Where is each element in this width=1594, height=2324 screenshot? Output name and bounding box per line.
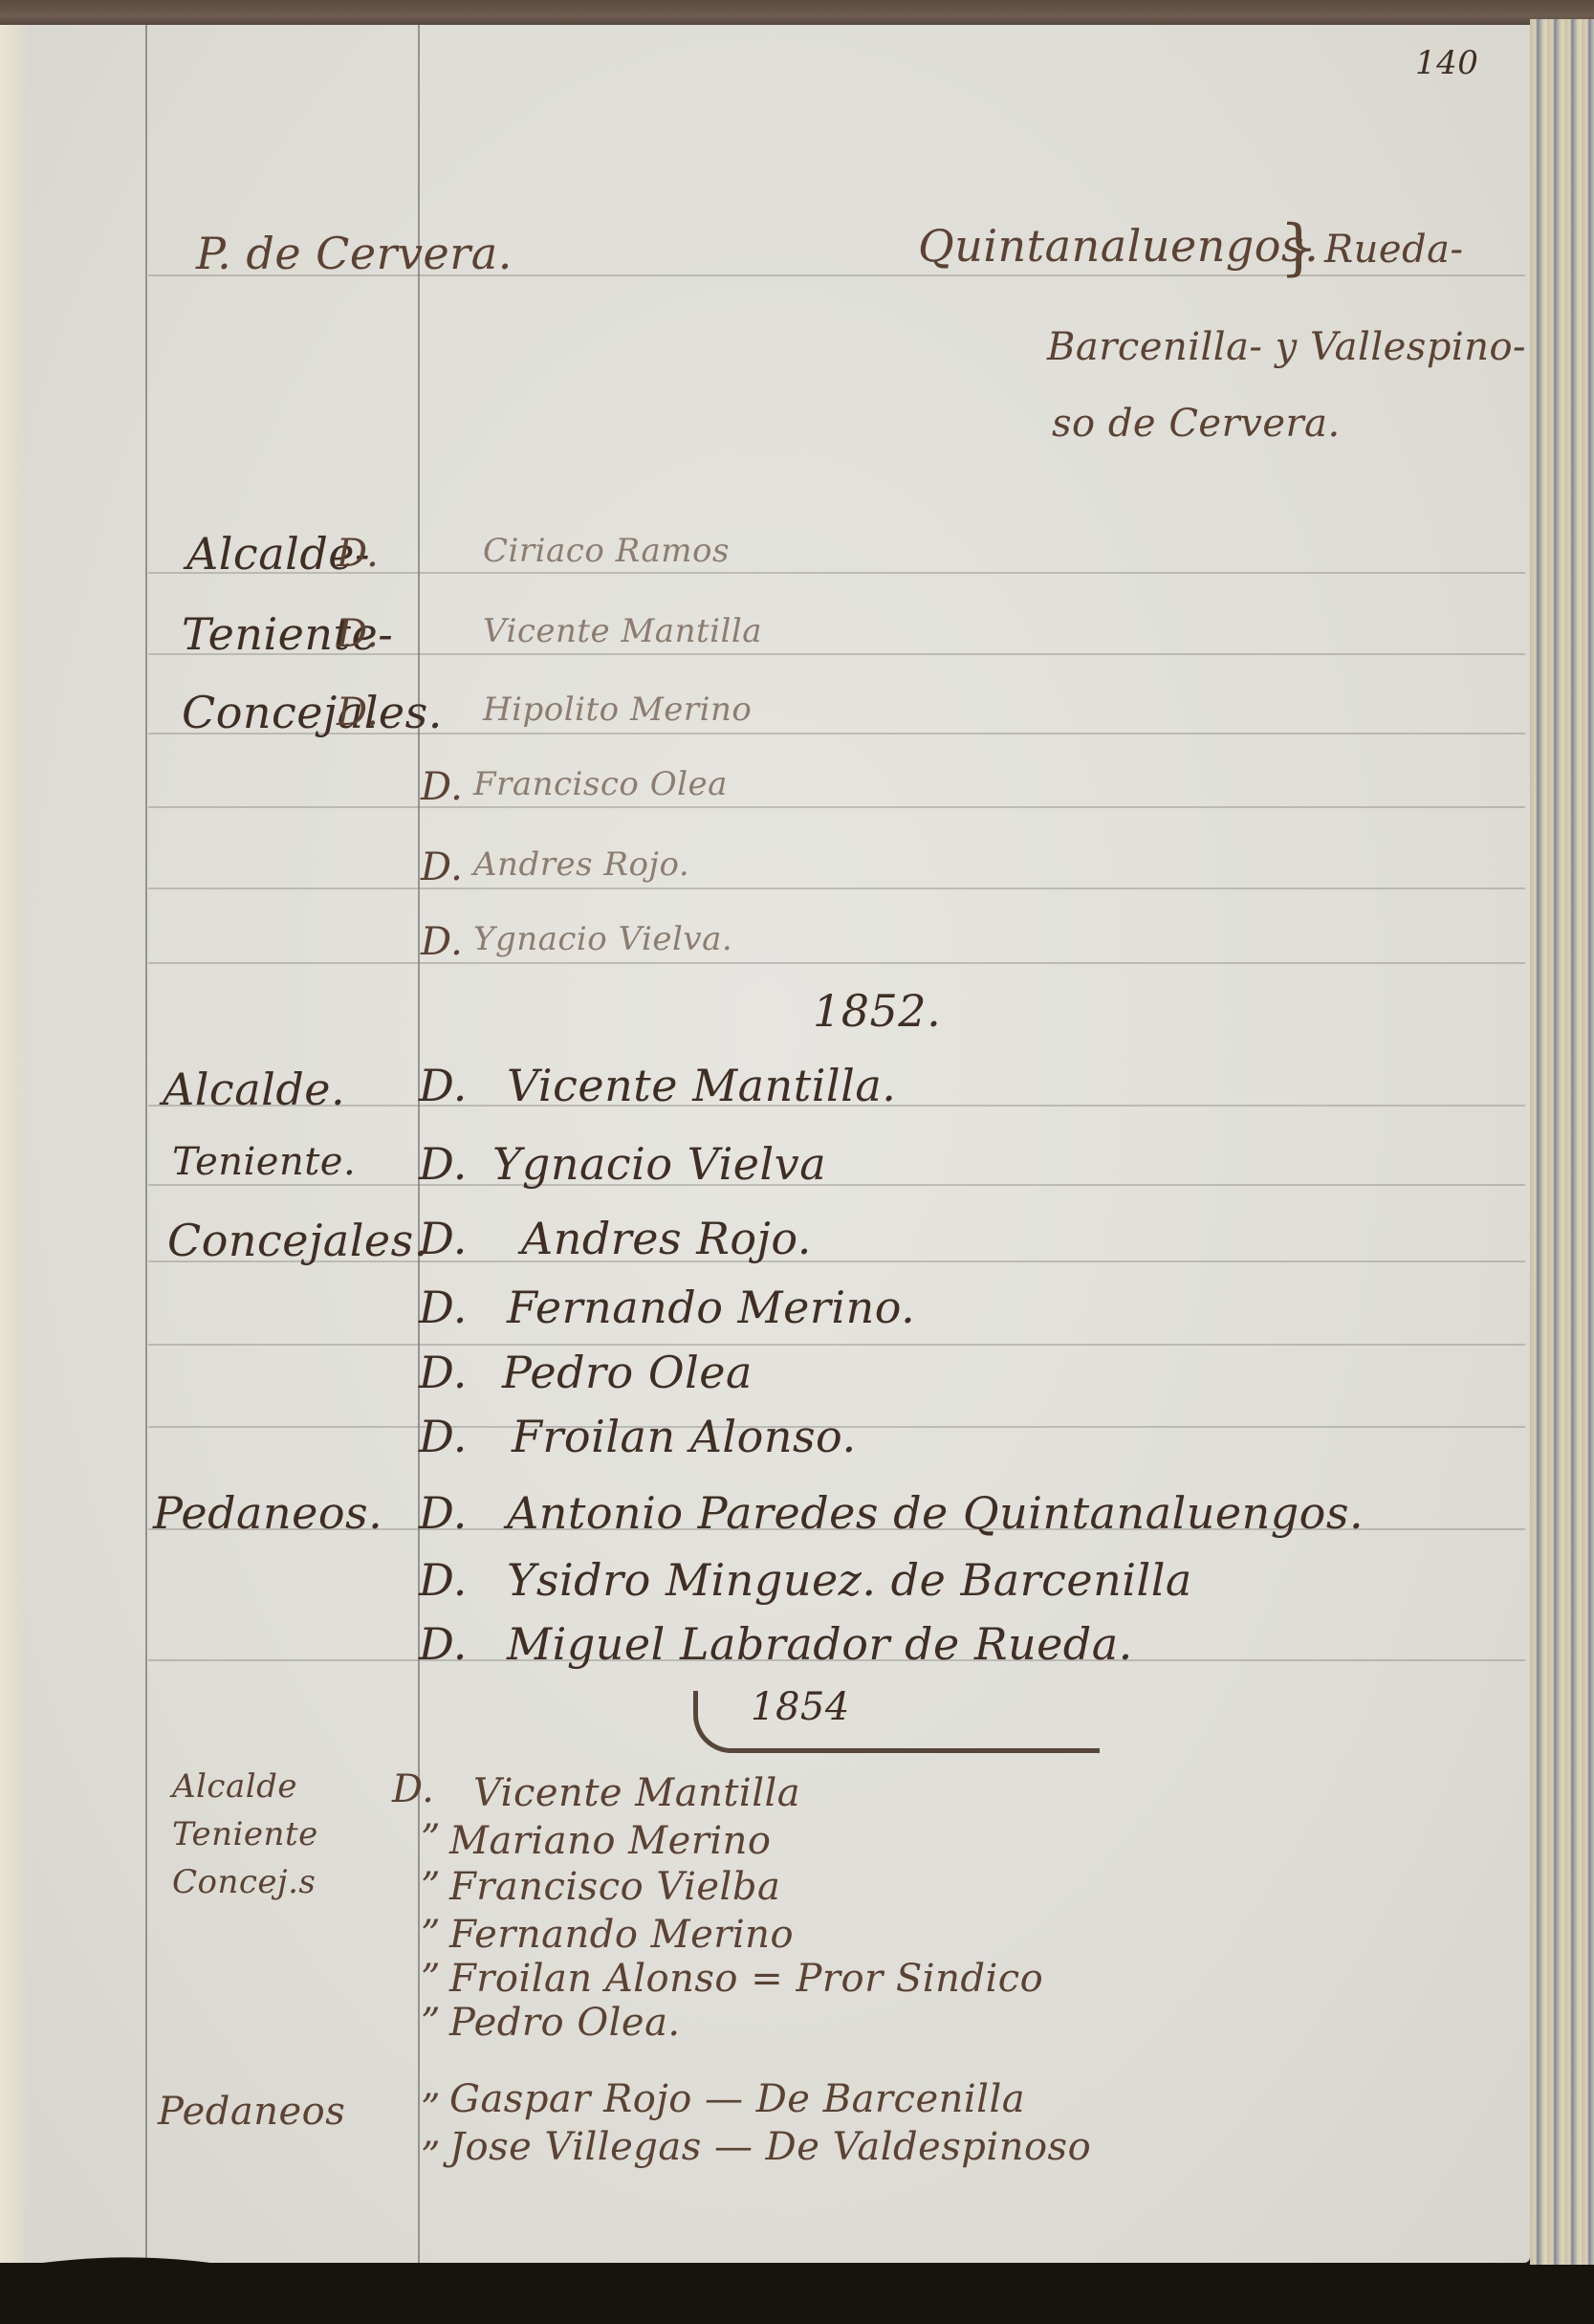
ruled-line (148, 888, 1525, 889)
prefix-don: D. (337, 691, 379, 734)
prefix-don: D. (392, 1767, 434, 1811)
official-name: Froilan Alonso = Pror Sindico (449, 1957, 1043, 2001)
year-heading-1852: 1852. (813, 985, 941, 1037)
official-name: Ciriaco Ramos (483, 532, 730, 570)
role-concejales: Concej.s (172, 1863, 316, 1901)
official-name: Hipolito Merino (483, 691, 752, 729)
official-name: Froilan Alonso. (512, 1411, 857, 1462)
prefix-don: D. (419, 1347, 468, 1398)
official-name: Andres Rojo. (473, 845, 689, 884)
prefix-don: D. (419, 1411, 468, 1462)
role-alcalde: Alcalde. (163, 1063, 345, 1115)
year-heading-1854: 1854 (751, 1685, 850, 1729)
pedaneo-name: Gaspar Rojo — De Barcenilla (449, 2077, 1025, 2121)
book-top-edge (0, 0, 1594, 27)
official-name: Fernando Merino. (507, 1282, 915, 1333)
header-right-title-line2: Barcenilla- y Vallespino- (1047, 325, 1526, 369)
role-pedaneos: Pedaneos (158, 2090, 345, 2134)
prefix-don: D. (419, 1213, 468, 1264)
prefix-don: D. (419, 1138, 468, 1190)
prefix-don: D. (419, 1487, 468, 1539)
role-pedaneos: Pedaneos. (153, 1487, 382, 1539)
ruled-line (148, 962, 1525, 964)
prefix-don: D. (337, 532, 379, 576)
header-right-title-cont: Rueda- (1324, 228, 1464, 272)
official-name: Francisco Olea (473, 765, 728, 803)
margin-rule-left (145, 25, 147, 2263)
page-number: 140 (1415, 44, 1478, 82)
ruled-line (148, 1344, 1525, 1346)
official-name: Ygnacio Vielva. (473, 920, 732, 958)
ditto-mark: ” (421, 2135, 441, 2179)
ditto-mark: ” (421, 1957, 441, 2001)
header-left-title: P. de Cervera. (196, 228, 513, 279)
ruled-line (148, 806, 1525, 808)
bottom-shadow (0, 2265, 1594, 2324)
pedaneo-name: Antonio Paredes de Quintanaluengos. (507, 1487, 1364, 1539)
official-name: Vicente Mantilla. (507, 1060, 896, 1111)
official-name: Mariano Merino (449, 1819, 772, 1863)
prefix-don: D. (421, 765, 463, 809)
prefix-don: D. (421, 845, 463, 889)
ditto-mark: ” (421, 1913, 441, 1957)
pedaneo-name: Miguel Labrador de Rueda. (507, 1618, 1133, 1670)
official-name: Ygnacio Vielva (492, 1138, 826, 1190)
prefix-don: D. (419, 1060, 468, 1111)
ditto-mark: ” (421, 1817, 441, 1861)
pedaneo-name: Ysidro Minguez. de Barcenilla (507, 1554, 1192, 1606)
ditto-mark: ” (421, 2087, 441, 2131)
official-name: Vicente Mantilla (483, 612, 762, 650)
role-concejales: Concejales. (182, 687, 443, 738)
official-name: Pedro Olea. (449, 2001, 681, 2045)
official-name: Pedro Olea (502, 1347, 753, 1398)
prefix-don: D. (337, 612, 379, 656)
ruled-line (148, 1184, 1525, 1186)
official-name: Fernando Merino (449, 1913, 794, 1957)
brace-symbol: } (1279, 212, 1319, 283)
ditto-mark: ” (421, 1865, 441, 1909)
prefix-don: D. (419, 1554, 468, 1606)
page-stack-edge (1530, 19, 1594, 2267)
page-gutter-shade (0, 25, 29, 2263)
header-right-title-line3: so de Cervera. (1052, 402, 1341, 446)
role-concejales: Concejales. (167, 1215, 428, 1266)
header-right-title: Quintanaluengos. (918, 220, 1319, 272)
role-alcalde: Alcalde (172, 1767, 297, 1806)
official-name: Andres Rojo. (521, 1213, 812, 1264)
ditto-mark: ” (421, 2001, 441, 2045)
prefix-don: D. (419, 1282, 468, 1333)
prefix-don: D. (421, 920, 463, 964)
role-teniente: Teniente. (172, 1140, 356, 1184)
prefix-don: D. (419, 1618, 468, 1670)
official-name: Vicente Mantilla (473, 1771, 800, 1815)
official-name: Francisco Vielba (449, 1865, 780, 1909)
role-teniente: Teniente (172, 1815, 318, 1853)
pedaneo-name: Jose Villegas — De Valdespinoso (449, 2125, 1091, 2169)
